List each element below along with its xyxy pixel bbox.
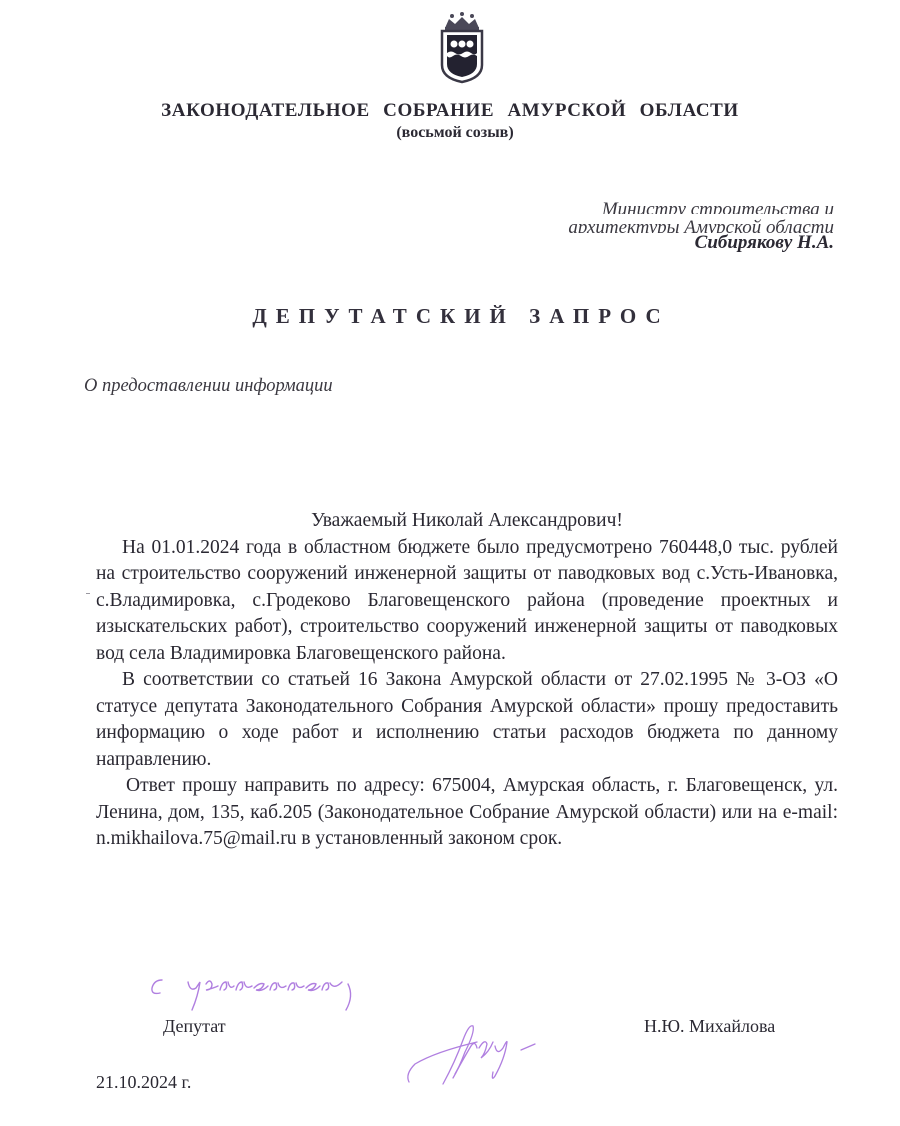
handwritten-signature bbox=[395, 1012, 545, 1092]
paragraph-reply-address: Ответ прошу направить по адресу: 675004,… bbox=[96, 773, 838, 853]
coat-of-arms-icon bbox=[437, 10, 487, 84]
scan-artifact bbox=[86, 593, 90, 594]
letter-body: Уважаемый Николай Александрович! На 01.0… bbox=[96, 508, 838, 853]
document-date: 21.10.2024 г. bbox=[96, 1072, 191, 1093]
convocation-label: (восьмой созыв) bbox=[0, 124, 900, 142]
document-subject: О предоставлении информации bbox=[84, 376, 333, 397]
organization-name: ЗАКОНОДАТЕЛЬНОЕ СОБРАНИЕ АМУРСКОЙ ОБЛАСТ… bbox=[0, 100, 900, 122]
greeting: Уважаемый Николай Александрович! bbox=[96, 508, 838, 535]
handwritten-closing-with-respect bbox=[148, 968, 398, 1018]
signatory-name: Н.Ю. Михайлова bbox=[644, 1016, 775, 1037]
paragraph-request: В соответствии со статьей 16 Закона Амур… bbox=[96, 667, 838, 773]
addressee-name: Сибирякову Н.А. bbox=[695, 232, 834, 254]
document-title: ДЕПУТАТСКИЙ ЗАПРОС bbox=[0, 304, 900, 329]
paragraph-budget: На 01.01.2024 года в областном бюджете б… bbox=[96, 535, 838, 668]
addressee-position-line-1: Министру строительства и bbox=[602, 198, 834, 214]
addressee-position-line-2: архитектуры Амурской области bbox=[568, 216, 834, 233]
signatory-role: Депутат bbox=[163, 1016, 226, 1037]
